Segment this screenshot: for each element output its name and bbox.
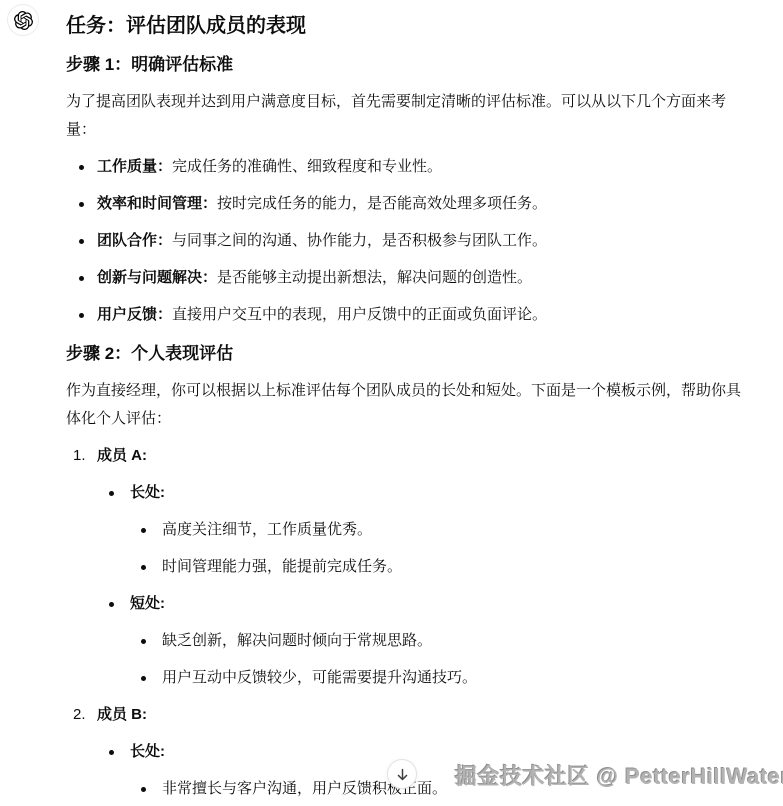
openai-logo-icon — [14, 11, 33, 30]
criteria-list: 工作质量：完成任务的准确性、细致程度和专业性。 效率和时间管理：按时完成任务的能… — [66, 153, 746, 329]
bullet-label: 创新与问题解决： — [97, 269, 217, 286]
bullet-text: 是否能够主动提出新想法，解决问题的创造性。 — [217, 269, 532, 286]
member-name: 成员 A: — [97, 447, 147, 464]
group-label: 长处: — [130, 484, 165, 501]
members-list: 1. 成员 A: 长处: 高度关注细节，工作质量优秀。 时间管理能力强，能提前完… — [66, 442, 746, 803]
bullet-text: 完成任务的准确性、细致程度和专业性。 — [172, 158, 442, 175]
chat-message-page: 任务：评估团队成员的表现 步骤 1：明确评估标准 为了提高团队表现并达到用户满意… — [0, 0, 783, 806]
bullet-icon — [79, 202, 84, 207]
detail-item: 时间管理能力强，能提前完成任务。 — [66, 553, 746, 581]
watermark: 掘金技术社区 @ PetterHillWater — [455, 760, 783, 791]
detail-item: 用户互动中反馈较少，可能需要提升沟通技巧。 — [66, 664, 746, 692]
step-1-heading: 步骤 1：明确评估标准 — [66, 52, 746, 78]
member-item: 1. 成员 A: — [66, 442, 746, 470]
bullet-icon — [79, 165, 84, 170]
bullet-icon — [109, 750, 114, 755]
detail-text: 缺乏创新，解决问题时倾向于常规思路。 — [162, 632, 432, 649]
list-item: 用户反馈：直接用户交互中的表现，用户反馈中的正面或负面评论。 — [66, 301, 746, 329]
detail-item: 高度关注细节，工作质量优秀。 — [66, 516, 746, 544]
list-number: 2. — [73, 701, 86, 729]
assistant-message: 任务：评估团队成员的表现 步骤 1：明确评估标准 为了提高团队表现并达到用户满意… — [66, 0, 746, 803]
detail-text: 时间管理能力强，能提前完成任务。 — [162, 558, 402, 575]
bullet-icon — [109, 491, 114, 496]
step-1-intro: 为了提高团队表现并达到用户满意度目标，首先需要制定清晰的评估标准。可以从以下几个… — [66, 88, 746, 144]
assistant-avatar — [7, 4, 39, 36]
detail-item: 缺乏创新，解决问题时倾向于常规思路。 — [66, 627, 746, 655]
group-item: 短处: — [66, 590, 746, 618]
bullet-icon — [141, 676, 146, 681]
bullet-icon — [79, 276, 84, 281]
bullet-label: 用户反馈： — [97, 306, 172, 323]
bullet-icon — [141, 528, 146, 533]
list-item: 团队合作：与同事之间的沟通、协作能力，是否积极参与团队工作。 — [66, 227, 746, 255]
bullet-icon — [141, 639, 146, 644]
scroll-to-bottom-button[interactable] — [387, 759, 417, 789]
step-2-heading: 步骤 2：个人表现评估 — [66, 341, 746, 367]
bullet-icon — [141, 787, 146, 792]
detail-text: 用户互动中反馈较少，可能需要提升沟通技巧。 — [162, 669, 477, 686]
bullet-icon — [109, 602, 114, 607]
list-item: 创新与问题解决：是否能够主动提出新想法，解决问题的创造性。 — [66, 264, 746, 292]
detail-text: 高度关注细节，工作质量优秀。 — [162, 521, 372, 538]
bullet-label: 效率和时间管理： — [97, 195, 217, 212]
list-item: 工作质量：完成任务的准确性、细致程度和专业性。 — [66, 153, 746, 181]
bullet-icon — [79, 313, 84, 318]
bullet-text: 按时完成任务的能力，是否能高效处理多项任务。 — [217, 195, 547, 212]
group-item: 长处: — [66, 479, 746, 507]
member-item: 2. 成员 B: — [66, 701, 746, 729]
step-2-intro: 作为直接经理，你可以根据以上标准评估每个团队成员的长处和短处。下面是一个模板示例… — [66, 377, 746, 433]
bullet-icon — [141, 565, 146, 570]
group-label: 短处: — [130, 595, 165, 612]
group-label: 长处: — [130, 743, 165, 760]
bullet-label: 工作质量： — [97, 158, 172, 175]
bullet-text: 与同事之间的沟通、协作能力，是否积极参与团队工作。 — [172, 232, 547, 249]
list-item: 效率和时间管理：按时完成任务的能力，是否能高效处理多项任务。 — [66, 190, 746, 218]
member-name: 成员 B: — [97, 706, 147, 723]
bullet-label: 团队合作： — [97, 232, 172, 249]
bullet-text: 直接用户交互中的表现，用户反馈中的正面或负面评论。 — [172, 306, 547, 323]
list-number: 1. — [73, 442, 86, 470]
bullet-icon — [79, 239, 84, 244]
message-title: 任务：评估团队成员的表现 — [66, 12, 746, 40]
arrow-down-icon — [395, 767, 410, 782]
